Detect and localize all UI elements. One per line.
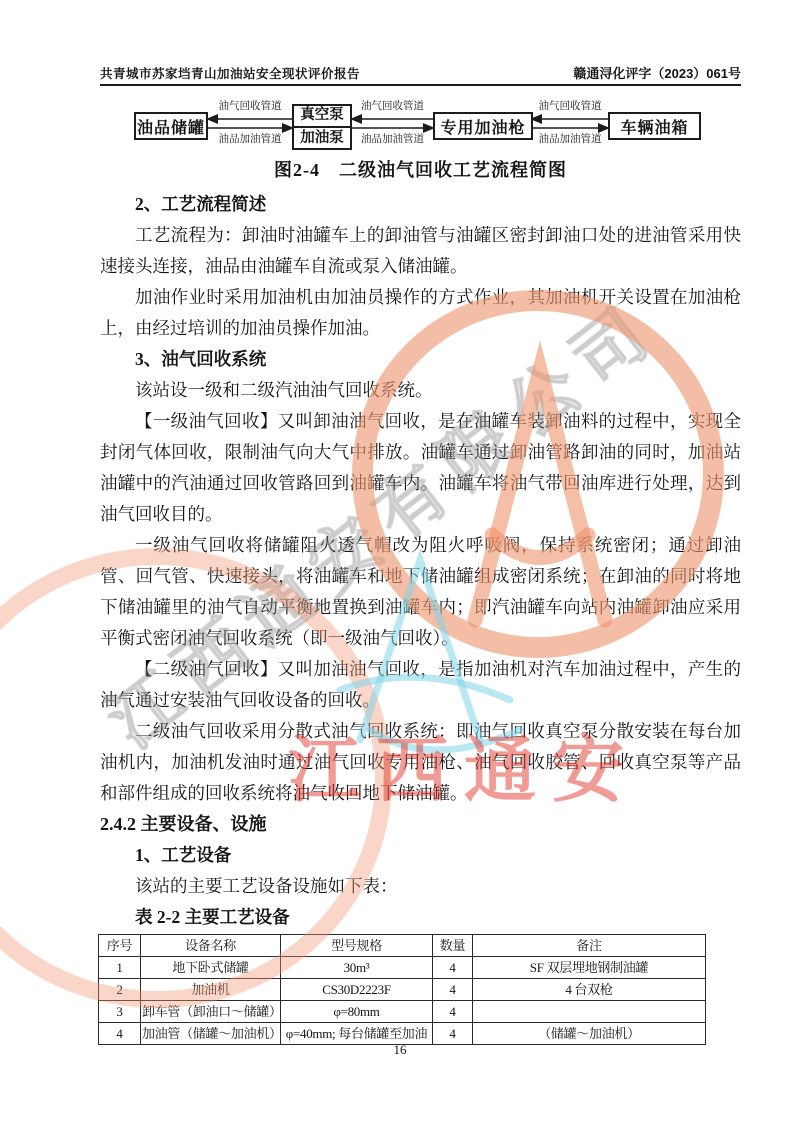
diagram-box-label: 车辆油箱 (620, 115, 688, 138)
table-header-row: 序号 设备名称 型号规格 数量 备注 (99, 935, 706, 957)
diagram-box-vehicle-tank: 车辆油箱 (608, 112, 701, 140)
paragraph: 【一级油气回收】又叫卸油油气回收，是在油罐车装卸油料的过程中，实现全封闭气体回收… (100, 406, 741, 530)
cell-index: 3 (99, 1001, 141, 1023)
vapor-recovery-flow-diagram: 油品储罐 真空泵 加油泵 专用加油枪 车辆油箱 油气回收管道 油品加油管道 油气… (100, 98, 712, 156)
table-row: 1 地下卧式储罐 30m³ 4 SF 双层埋地钢制油罐 (99, 957, 706, 979)
col-header-quantity: 数量 (433, 935, 473, 957)
cell-quantity: 4 (433, 979, 473, 1001)
diagram-box-storage-tank: 油品储罐 (134, 112, 208, 140)
paragraph: 二级油气回收采用分散式油气回收系统：即油气回收真空泵分散安装在每台加油机内，加油… (100, 716, 741, 809)
pipe-label-vapor: 油气回收管道 (524, 98, 616, 113)
header-rule (100, 84, 741, 86)
diagram-box-label: 油品储罐 (137, 115, 205, 138)
heading-process-equipment: 1、工艺设备 (100, 840, 741, 871)
pipe-label-vapor: 油气回收管道 (204, 98, 296, 113)
page-number: 16 (0, 1042, 800, 1058)
body-text: 2、工艺流程简述 工艺流程为：卸油时油罐车上的卸油管与油罐区密封卸油口处的进油管… (100, 189, 741, 1045)
pipe-label-oil: 油品加油管道 (524, 131, 616, 146)
cell-equipment-name: 加油机 (141, 979, 281, 1001)
cell-remarks: SF 双层埋地钢制油罐 (473, 957, 706, 979)
paragraph: 该站设一级和二级汽油油气回收系统。 (100, 375, 741, 406)
paragraph: 【二级油气回收】又叫加油油气回收，是指加油机对汽车加油过程中，产生的油气通过安装… (100, 654, 741, 716)
table-title: 表 2-2 主要工艺设备 (100, 902, 741, 933)
table-row: 3 卸车管（卸油口～储罐） φ=80mm 4 (99, 1001, 706, 1023)
cell-index: 1 (99, 957, 141, 979)
diagram-box-nozzle: 专用加油枪 (433, 112, 533, 140)
document-page: 共青城市苏家垱青山加油站安全现状评价报告 赣通浔化评字（2023）061号 (0, 0, 800, 1131)
pipe-label-vapor: 油气回收管道 (344, 98, 441, 113)
cell-quantity: 4 (433, 1001, 473, 1023)
cell-index: 2 (99, 979, 141, 1001)
cell-model-spec: φ=80mm (281, 1001, 433, 1023)
table-row: 2 加油机 CS30D2223F 4 4 台双枪 (99, 979, 706, 1001)
equipment-table: 序号 设备名称 型号规格 数量 备注 1 地下卧式储罐 30m³ 4 SF 双层… (98, 934, 706, 1045)
cell-equipment-name: 地下卧式储罐 (141, 957, 281, 979)
col-header-index: 序号 (99, 935, 141, 957)
col-header-model-spec: 型号规格 (281, 935, 433, 957)
cell-model-spec: 30m³ (281, 957, 433, 979)
heading-process-overview: 2、工艺流程简述 (100, 189, 741, 220)
figure-caption: 图2-4 二级油气回收工艺流程简图 (100, 156, 741, 182)
paragraph: 一级油气回收将储罐阻火透气帽改为阻火呼吸阀，保持系统密闭；通过卸油管、回气管、快… (100, 530, 741, 654)
diagram-box-label-fuel-pump: 加油泵 (294, 126, 350, 149)
cell-equipment-name: 卸车管（卸油口～储罐） (141, 1001, 281, 1023)
cell-remarks: 4 台双枪 (473, 979, 706, 1001)
cell-model-spec: CS30D2223F (281, 979, 433, 1001)
diagram-box-label: 专用加油枪 (440, 115, 525, 138)
pipe-label-oil: 油品加油管道 (344, 131, 441, 146)
col-header-remarks: 备注 (473, 935, 706, 957)
col-header-equipment-name: 设备名称 (141, 935, 281, 957)
document-reference-number: 赣通浔化评字（2023）061号 (460, 63, 741, 82)
diagram-box-pumps: 真空泵 加油泵 (292, 104, 352, 150)
heading-vapor-recovery-system: 3、油气回收系统 (100, 344, 741, 375)
paragraph: 工艺流程为：卸油时油罐车上的卸油管与油罐区密封卸油口处的进油管采用快速接头连接，… (100, 220, 741, 282)
paragraph: 该站的主要工艺设备设施如下表： (100, 871, 741, 902)
heading-main-equipment: 2.4.2 主要设备、设施 (100, 809, 741, 840)
diagram-box-label-vacuum-pump: 真空泵 (294, 105, 350, 126)
paragraph: 加油作业时采用加油机由加油员操作的方式作业，其加油机开关设置在加油枪上，由经过培… (100, 282, 741, 344)
cell-remarks (473, 1001, 706, 1023)
report-title: 共青城市苏家垱青山加油站安全现状评价报告 (100, 64, 360, 82)
cell-quantity: 4 (433, 957, 473, 979)
pipe-label-oil: 油品加油管道 (204, 131, 296, 146)
